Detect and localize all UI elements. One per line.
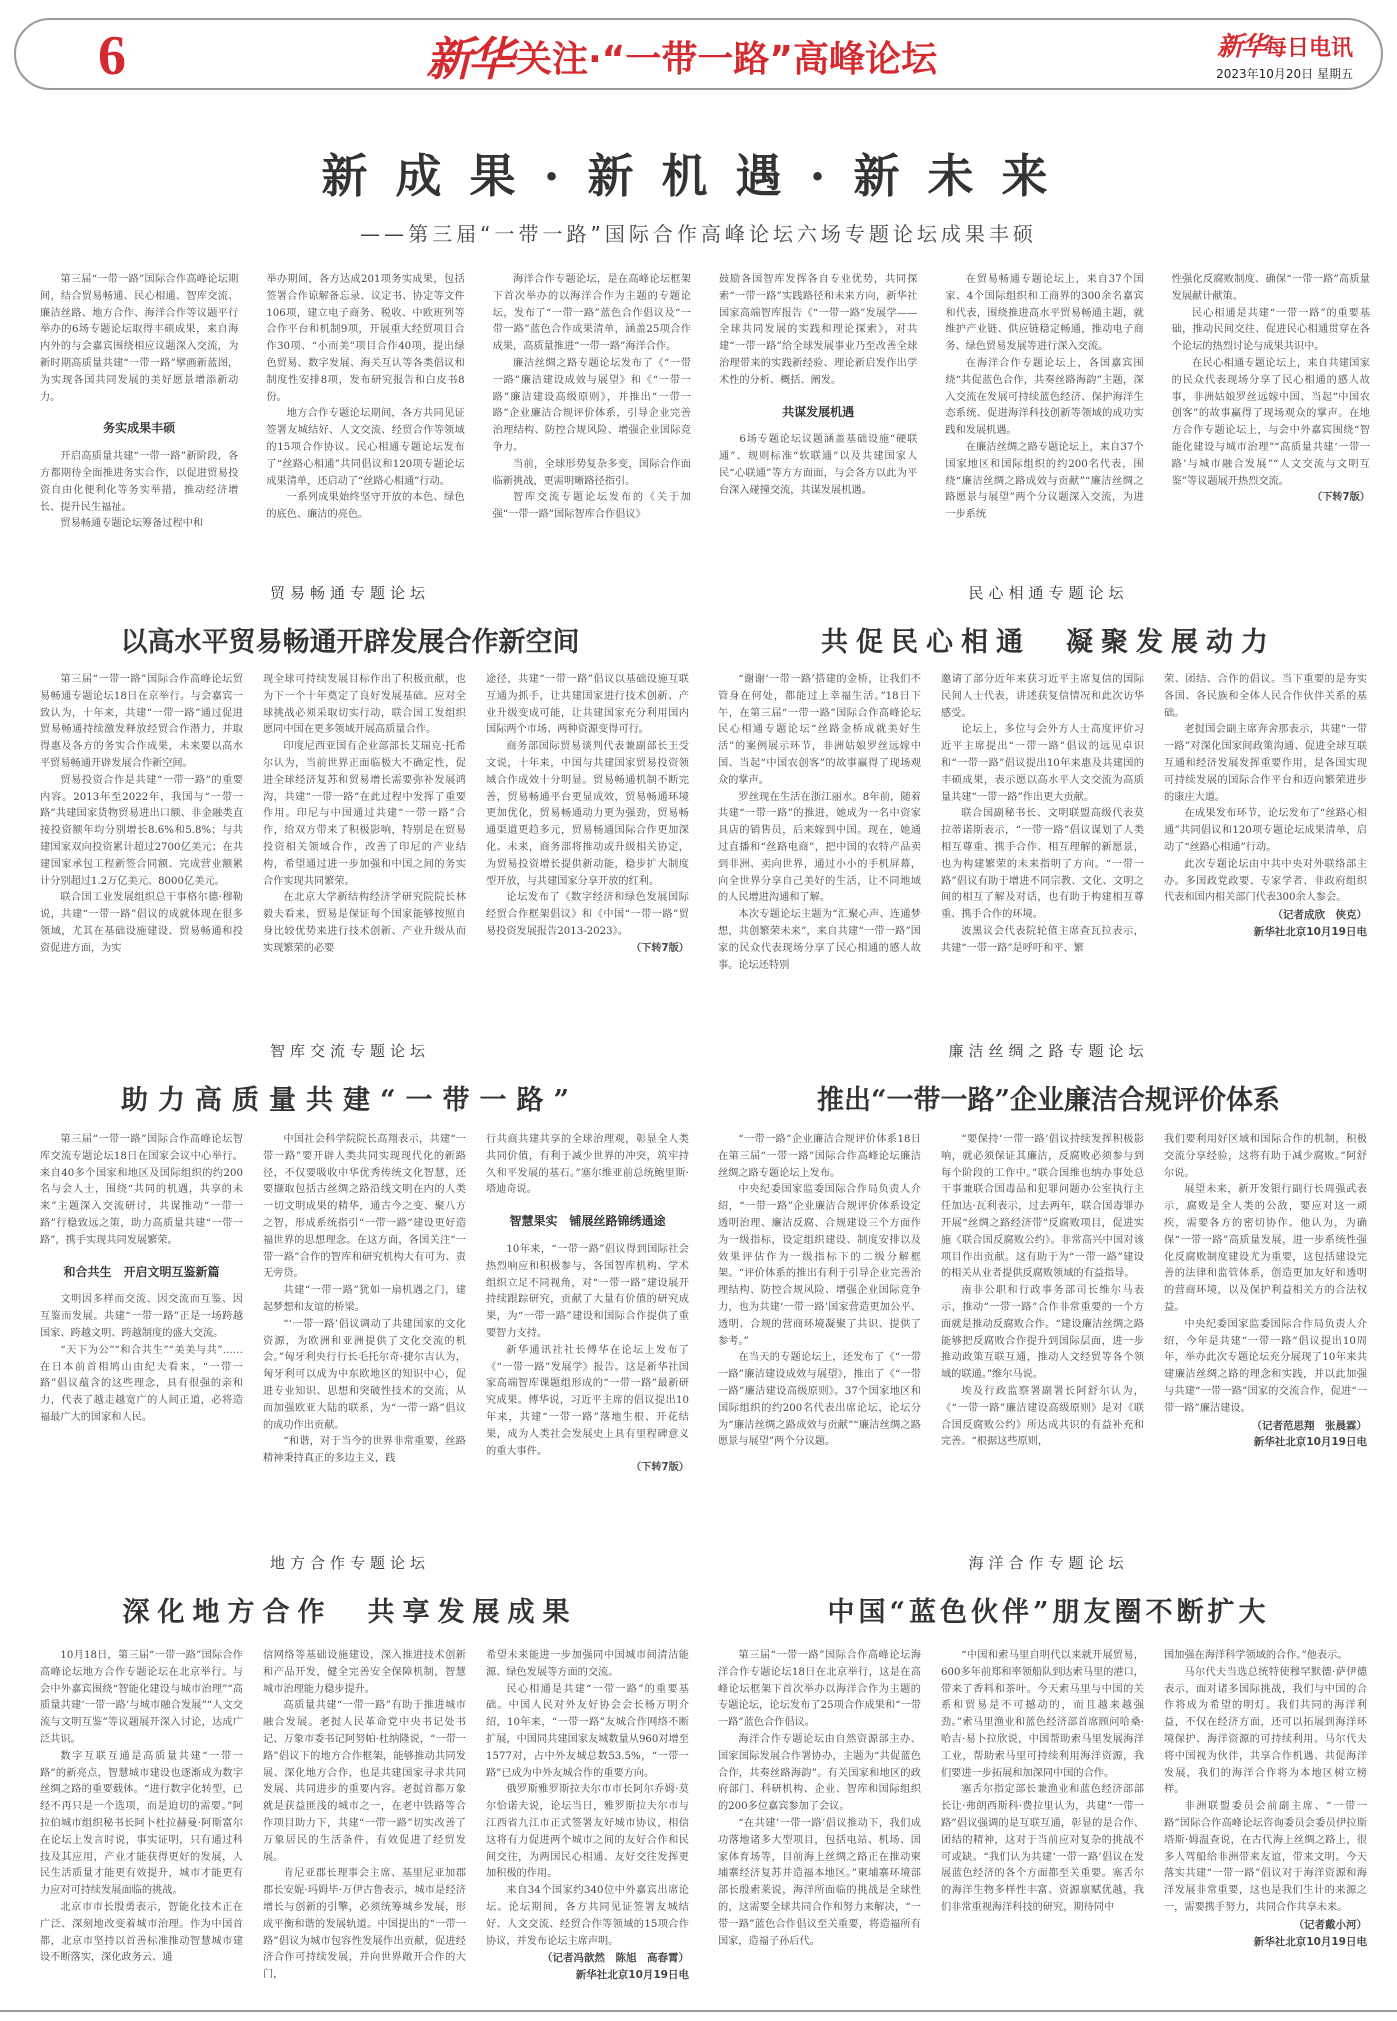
paragraph: 6场专题论坛议题涵盖基础设施“硬联通”、规则标准“软联通”以及共建国家人民“心联… (719, 432, 917, 499)
paragraph: 塞舌尔指定部长兼渔业和蓝色经济部部长让·弗朗西斯科·费拉里认为，共建“一带一路”… (941, 1782, 1144, 1916)
paragraph: 展望未来，新开发银行副行长周强武表示，腐败是全人类的公敌，要应对这一顽疾，需要各… (1164, 1182, 1367, 1316)
article-trade: 第三届“一带一路”国际合作高峰论坛贸易畅通专题论坛18日在京举行。与会嘉宾一致认… (40, 672, 690, 958)
paragraph: 文明因多样而交流、因交流而互鉴、因互鉴而发展。共建“一带一路”正是一场跨越国家、… (40, 1292, 243, 1342)
lead-col-6: 性强化反腐败制度、确保“一带一路”高质量发展献计献策。 民心相通是共建“一带一路… (1172, 272, 1370, 533)
paragraph: 10月18日，第三届“一带一路”国际合作高峰论坛地方合作专题论坛在北京举行。与会… (40, 1648, 243, 1749)
byline: （记者戴小河） (1164, 1917, 1367, 1934)
section-title-people: 共促民心相通 凝聚发展动力 (700, 620, 1397, 659)
article-col: 第三届“一带一路”国际合作高峰论坛贸易畅通专题论坛18日在京举行。与会嘉宾一致认… (40, 672, 243, 958)
article-col: 第三届“一带一路”国际合作高峰论坛智库交流专题论坛18日在国家会议中心举行。来自… (40, 1132, 243, 1477)
section-title-local: 深化地方合作 共享发展成果 (0, 1590, 700, 1629)
paragraph: 中央纪委国家监委国际合作局负责人介绍，今年是共建“一带一路”倡议提出10周年，举… (1164, 1317, 1367, 1418)
paragraph: “‘一带一路’倡议调动了共建国家的文化资源，为欧洲和亚洲提供了文化交流的机会。”… (263, 1317, 466, 1435)
page-header-banner: 6 新华 关注·“一带一路”高峰论坛 新华每日电讯 2023年10月20日 星期… (14, 18, 1383, 90)
paragraph: 途径，共建“一带一路”倡议以基础设施互联互通为抓手，让共建国家进行技术创新、产业… (486, 672, 689, 739)
lead-headline: 新成果·新机遇·新未来 (0, 140, 1397, 206)
paragraph: 在民心相通专题论坛上，来自共建国家的民众代表现场分享了民心相通的感人故事，非洲姑… (1172, 356, 1370, 490)
issue-date: 2023年10月20日 星期五 (1216, 65, 1353, 82)
article-thinktank: 第三届“一带一路”国际合作高峰论坛智库交流专题论坛18日在国家会议中心举行。来自… (40, 1132, 690, 1477)
paragraph: 在廉洁丝绸之路专题论坛上，来自37个国家地区和国际组织的约200名代表，围绕“廉… (945, 440, 1143, 524)
article-col: 行共商共建共享的全球治理观，彰显全人类共同价值，有利于减少世界的冲突，筑牢持久和… (486, 1132, 689, 1477)
byline: （记者范思翔 张晨霖） (1164, 1418, 1367, 1435)
paragraph: 共建“一带一路”犹如一扇机遇之门，建起梦想和友谊的桥梁。 (263, 1283, 466, 1317)
continued-note: （下转7版） (631, 941, 689, 958)
paragraph: 第三届“一带一路”国际合作高峰论坛智库交流专题论坛18日在国家会议中心举行。来自… (40, 1132, 243, 1250)
banner-title-text: 关注·“一带一路”高峰论坛 (516, 31, 937, 82)
paragraph: “中国和索马里自明代以来就开展贸易，600多年前郑和率领船队到达索马里的港口，带… (941, 1648, 1144, 1782)
article-col: 中国社会科学院院长高翔表示，共建“一带一路”要开辟人类共同实现现代化的新路径，不… (263, 1132, 466, 1477)
masthead-name: 新华每日电讯 (1216, 26, 1353, 63)
paragraph: 民心相通是共建“一带一路”的重要基础，推动民间交往、促进民心相通贯穿在各个论坛的… (1172, 306, 1370, 356)
paragraph: 在成果发布环节，论坛发布了“丝路心相通”共同倡议和120项专题论坛成果清单，启动… (1164, 806, 1367, 856)
section-title-clean: 推出“一带一路”企业廉洁合规评价体系 (700, 1078, 1397, 1117)
lead-subheadline: ——第三届“一带一路”国际合作高峰论坛六场专题论坛成果丰硕 (0, 218, 1397, 247)
paragraph: 廉洁丝绸之路专题论坛发布了《“一带一路”廉洁建设成效与展望》和《“一带一路”廉洁… (493, 356, 691, 457)
paragraph: 波黑议会代表院轮值主席查瓦拉表示，共建“一带一路”是呼吁和平、繁 (941, 924, 1144, 958)
article-clean: “一带一路”企业廉洁合规评价体系18日在第三届“一带一路”国际合作高峰论坛廉洁丝… (718, 1132, 1368, 1451)
paragraph: 智库交流专题论坛发布的《关于加强“一带一路”国际智库合作倡议》 (493, 490, 691, 524)
byline: （记者冯歆然 陈旭 高春霄） (486, 1950, 689, 1967)
paragraph: 贸易畅通专题论坛筹备过程中和 (40, 516, 238, 533)
paragraph: 10年来，“一带一路”倡议得到国际社会热烈响应和积极参与，各国智库机构、学术组织… (486, 1242, 689, 1343)
paragraph: 邀请了部分近年来获习近平主席复信的国际民间人士代表，讲述获复信情况和此次访华感受… (941, 672, 1144, 722)
paragraph: 海洋合作专题论坛，是在高峰论坛框架下首次举办的以海洋合作为主题的专题论坛，发布了… (493, 272, 691, 356)
paragraph: 第三届“一带一路”国际合作高峰论坛海洋合作专题论坛18日在北京举行，这是在高峰论… (718, 1648, 921, 1732)
article-col: 现全球可持续发展目标作出了积极贡献，也为下一个十年奠定了良好发展基础。应对全球挑… (263, 672, 466, 958)
paragraph: 埃及行政监察署副署长阿舒尔认为，《“一带一路”廉洁建设高级原则》是对《联合国反腐… (941, 1384, 1144, 1451)
section-kicker-people: 民心相通专题论坛 (700, 582, 1397, 603)
masthead: 新华每日电讯 2023年10月20日 星期五 (1216, 26, 1353, 82)
paragraph: 举办期间，各方达成201项务实成果，包括签署合作谅解备忘录、议定书、协定等文件1… (266, 272, 464, 406)
continued-note: （下转7版） (1312, 490, 1370, 507)
paragraph: 在海洋合作专题论坛上，各国嘉宾围绕“共促蓝色合作，共奏丝路海韵”主题，深入交流在… (945, 356, 1143, 440)
article-col: 邀请了部分近年来获习近平主席复信的国际民间人士代表，讲述获复信情况和此次访华感受… (941, 672, 1144, 974)
xinhua-logo: 新华 (426, 23, 510, 89)
article-local: 10月18日，第三届“一带一路”国际合作高峰论坛地方合作专题论坛在北京举行。与会… (40, 1648, 690, 1984)
article-people: “谢谢‘一带一路’搭建的金桥，让我们不管身在何处，都能过上幸福生活。”18日下午… (718, 672, 1368, 974)
paragraph: 数字互联互通是高质量共建“一带一路”的新亮点，智慧城市建设也逐渐成为数字丝绸之路… (40, 1749, 243, 1900)
article-col: “要保持‘一带一路’倡议持续发挥积极影响，就必须保证其廉洁，反腐败必须参与到每个… (941, 1132, 1144, 1451)
paragraph: 论坛上，多位与会外方人士高度评价习近平主席提出“一带一路”倡议的远见卓识和“一带… (941, 722, 1144, 806)
paragraph: 本次专题论坛主题为“汇聚心声、连通梦想，共创繁荣未来”，来自共建“一带一路”国家… (718, 907, 921, 974)
paragraph: 肯尼亚郡长理事会主席、基里尼亚加郡郡长安妮·玛姆毕·万伊古鲁表示，城市是经济增长… (263, 1866, 466, 1984)
lead-col-2: 举办期间，各方达成201项务实成果，包括签署合作谅解备忘录、议定书、协定等文件1… (266, 272, 464, 533)
paragraph: “和谐，对于当今的世界非常重要，丝路精神秉持真正的多边主义，践 (263, 1434, 466, 1468)
paragraph: 在贸易畅通专题论坛上，来自37个国家、4个国际组织和工商界的300余名嘉宾和代表… (945, 272, 1143, 356)
paragraph: 第三届“一带一路”国际合作高峰论坛期间，结合贸易畅通、民心相通、智库交流、廉洁丝… (40, 272, 238, 406)
lead-article: 第三届“一带一路”国际合作高峰论坛期间，结合贸易畅通、民心相通、智库交流、廉洁丝… (40, 272, 1370, 533)
paragraph: 中央纪委国家监委国际合作局负责人介绍，“一带一路”企业廉洁合规评价体系设定透明治… (718, 1182, 921, 1350)
article-col: 希望未来能进一步加强同中国城市间清洁能源、绿色发展等方面的交流。 民心相通是共建… (486, 1648, 689, 1984)
lead-col-5: 在贸易畅通专题论坛上，来自37个国家、4个国际组织和工商界的300余名嘉宾和代表… (945, 272, 1143, 533)
paragraph: 此次专题论坛由中共中央对外联络部主办。多国政党政要、专家学者、非政府组织代表和国… (1164, 857, 1367, 907)
article-ocean: 第三届“一带一路”国际合作高峰论坛海洋合作专题论坛18日在北京举行，这是在高峰论… (718, 1648, 1368, 1950)
paragraph: 老挝国会副主席奔舍那表示，共建“一带一路”对深化国家间政策沟通、促进全球互联互通… (1164, 722, 1367, 806)
article-col: 国加强在海洋科学领域的合作。”他表示。 马尔代夫当选总统特使穆罕默德·萨伊德表示… (1164, 1648, 1367, 1950)
paragraph: 第三届“一带一路”国际合作高峰论坛贸易畅通专题论坛18日在京举行。与会嘉宾一致认… (40, 672, 243, 773)
paragraph: “要保持‘一带一路’倡议持续发挥积极影响，就必须保证其廉洁，反腐败必须参与到每个… (941, 1132, 1144, 1283)
paragraph: “天下为公”“和合共生”“美美与共”……在日本前首相鸠山由纪夫看来，“一带一路”… (40, 1343, 243, 1427)
paragraph: 联合国副秘书长、文明联盟高级代表莫拉蒂诺斯表示，“一带一路”倡议谋划了人类相互尊… (941, 806, 1144, 924)
paragraph: 在当天的专题论坛上，还发布了《“一带一路”廉洁建设成效与展望》，推出了《“一带一… (718, 1350, 921, 1451)
lead-subhead-1: 务实成果丰硕 (40, 420, 238, 437)
paragraph: 非洲联盟委员会前副主席、“一带一路”国际合作高峰论坛咨询委员会委员伊拉斯塔斯·姆… (1164, 1799, 1367, 1917)
article-col: 信网络等基础设施建设，深入推进技术创新和产品开发，健全完善安全保障机制，智慧城市… (263, 1648, 466, 1984)
continued-note: （下转7版） (631, 1460, 689, 1477)
paragraph: 行共商共建共享的全球治理观，彰显全人类共同价值，有利于减少世界的冲突，筑牢持久和… (486, 1132, 689, 1199)
section-kicker-trade: 贸易畅通专题论坛 (0, 582, 700, 603)
article-col: 途径，共建“一带一路”倡议以基础设施互联互通为抓手，让共建国家进行技术创新、产业… (486, 672, 689, 958)
section-banner-title: 新华 关注·“一带一路”高峰论坛 (426, 26, 937, 86)
article-col: “中国和索马里自明代以来就开展贸易，600多年前郑和率领船队到达索马里的港口，带… (941, 1648, 1144, 1950)
masthead-title: 每日电讯 (1265, 35, 1353, 61)
lead-subhead-2: 共谋发展机遇 (719, 404, 917, 421)
paragraph: 新华通讯社社长傅华在论坛上发布了《“一带一路”发展学》报告。这是新华社国家高端智… (486, 1343, 689, 1461)
section-kicker-ocean: 海洋合作专题论坛 (700, 1552, 1397, 1573)
lead-col-4: 鼓励各国智库发挥各自专业优势，共同探索“一带一路”实践路径和未来方向，新华社国家… (719, 272, 917, 533)
paragraph: 希望未来能进一步加强同中国城市间清洁能源、绿色发展等方面的交流。 (486, 1648, 689, 1682)
paragraph: 性强化反腐败制度、确保“一带一路”高质量发展献计献策。 (1172, 272, 1370, 306)
paragraph: “一带一路”企业廉洁合规评价体系18日在第三届“一带一路”国际合作高峰论坛廉洁丝… (718, 1132, 921, 1182)
article-subhead: 智慧果实 铺展丝路锦绣通途 (486, 1213, 689, 1230)
bottom-divider (0, 2010, 1397, 2012)
paragraph: 北京市市长殷勇表示，智能化技术正在广泛、深刻地改变着城市治理。作为中国首都，北京… (40, 1900, 243, 1967)
section-title-ocean: 中国“蓝色伙伴”朋友圈不断扩大 (700, 1590, 1397, 1629)
paragraph: 印度尼西亚国有企业部部长艾瑞克·托希尔认为，当前世界正面临极大不确定性，促进全球… (263, 739, 466, 890)
article-col: “谢谢‘一带一路’搭建的金桥，让我们不管身在何处，都能过上幸福生活。”18日下午… (718, 672, 921, 974)
paragraph: 鼓励各国智库发挥各自专业优势，共同探索“一带一路”实践路径和未来方向，新华社国家… (719, 272, 917, 390)
paragraph: 民心相通是共建“一带一路”的重要基础。中国人民对外友好协会会长杨万明介绍，10年… (486, 1682, 689, 1783)
lead-col-1: 第三届“一带一路”国际合作高峰论坛期间，结合贸易畅通、民心相通、智库交流、廉洁丝… (40, 272, 238, 533)
masthead-logo: 新华 (1217, 32, 1265, 62)
paragraph: 中国社会科学院院长高翔表示，共建“一带一路”要开辟人类共同实现现代化的新路径，不… (263, 1132, 466, 1283)
section-kicker-clean: 廉洁丝绸之路专题论坛 (700, 1040, 1397, 1061)
byline: （记者成欣 侠克） (1164, 907, 1367, 924)
paragraph: “在共建‘一带一路’倡议推动下，我们成功落地诸多大型项目，包括电站、机场、国家体… (718, 1816, 921, 1950)
paragraph: 一系列成果始终坚守开放的本色、绿色的底色、廉洁的亮色。 (266, 490, 464, 524)
paragraph: 马尔代夫当选总统特使穆罕默德·萨伊德表示，面对诸多国际挑战，我们与中国的合作将成… (1164, 1665, 1367, 1799)
paragraph: 荣、团结、合作的倡议。当下重要的是夯实各国、各民族和全体人民合作伙伴关系的基础。 (1164, 672, 1367, 722)
paragraph: 信网络等基础设施建设，深入推进技术创新和产品开发，健全完善安全保障机制，智慧城市… (263, 1648, 466, 1698)
dateline: 新华社北京10月19日电 (1164, 1934, 1367, 1951)
paragraph: 来自34个国家约340位中外嘉宾出席论坛。论坛期间，各方共同见证签署友城结好、人… (486, 1883, 689, 1950)
paragraph: 地方合作专题论坛期间，各方共同见证签署友城结好、人文交流、经贸合作等领域的15项… (266, 406, 464, 490)
article-subhead: 和合共生 开启文明互鉴新篇 (40, 1264, 243, 1281)
article-col: 10月18日，第三届“一带一路”国际合作高峰论坛地方合作专题论坛在北京举行。与会… (40, 1648, 243, 1984)
section-title-trade: 以高水平贸易畅通开辟发展合作新空间 (0, 620, 700, 659)
article-col: 第三届“一带一路”国际合作高峰论坛海洋合作专题论坛18日在北京举行，这是在高峰论… (718, 1648, 921, 1950)
section-kicker-local: 地方合作专题论坛 (0, 1552, 700, 1573)
paragraph: 国加强在海洋科学领域的合作。”他表示。 (1164, 1648, 1367, 1665)
paragraph: 高质量共建“一带一路”有助于推进城市融合发展。老挝人民革命党中央书记处书记、万象… (263, 1698, 466, 1866)
section-kicker-thinktank: 智库交流专题论坛 (0, 1040, 700, 1061)
paragraph: 俄罗斯雅罗斯拉夫尔市市长阿尔乔姆·莫尔恰诺夫说，论坛当日，雅罗斯拉夫尔市与江西省… (486, 1782, 689, 1883)
paragraph: “谢谢‘一带一路’搭建的金桥，让我们不管身在何处，都能过上幸福生活。”18日下午… (718, 672, 921, 790)
paragraph: 在北京大学新结构经济学研究院院长林毅夫看来，贸易是保证每个国家能够按照自身比较优… (263, 890, 466, 957)
paragraph: 贸易投资合作是共建“一带一路”的重要内容。2013年至2022年，我国与“一带一… (40, 773, 243, 891)
paragraph: 罗丝现在生活在浙江丽水。8年前，随着共建“一带一路”的推进，她成为一名中资家具店… (718, 790, 921, 908)
dateline: 新华社北京10月19日电 (486, 1967, 689, 1984)
paragraph: 现全球可持续发展目标作出了积极贡献，也为下一个十年奠定了良好发展基础。应对全球挑… (263, 672, 466, 739)
paragraph: 联合国工业发展组织总干事格尔德·穆勒说，共建“一带一路”倡议的成就体现在很多领域… (40, 890, 243, 957)
paragraph: 海洋合作专题论坛由自然资源部主办、国家国际发展合作署协办，主题为“共促蓝色合作，… (718, 1732, 921, 1816)
dateline: 新华社北京10月19日电 (1164, 1434, 1367, 1451)
paragraph: 论坛发布了《数字经济和绿色发展国际经贸合作框架倡议》和《中国“一带一路”贸易投资… (486, 890, 689, 940)
dateline: 新华社北京10月19日电 (1164, 924, 1367, 941)
article-col: 我们要利用好区域和国际合作的机制，积极交流分享经验，这将有助于减少腐败。”阿舒尔… (1164, 1132, 1367, 1451)
lead-col-3: 海洋合作专题论坛，是在高峰论坛框架下首次举办的以海洋合作为主题的专题论坛，发布了… (493, 272, 691, 533)
article-col: 荣、团结、合作的倡议。当下重要的是夯实各国、各民族和全体人民合作伙伴关系的基础。… (1164, 672, 1367, 974)
section-title-thinktank: 助力高质量共建“一带一路” (0, 1078, 700, 1117)
page-number: 6 (98, 24, 126, 88)
paragraph: 南非公职和行政事务部司长维尔马表示，推动“一带一路”合作非常重要的一个方面就是推… (941, 1283, 1144, 1384)
paragraph: 开启高质量共建“一带一路”新阶段，各方都期待全面推进务实合作，以促进贸易投资自由… (40, 449, 238, 516)
paragraph: 商务部国际贸易谈判代表兼副部长王受文说，十年来，中国与共建国家贸易投资领域合作成… (486, 739, 689, 890)
paragraph: 当前，全球形势复杂多变，国际合作面临新挑战，更需明晰路径指引。 (493, 457, 691, 491)
paragraph: 我们要利用好区域和国际合作的机制，积极交流分享经验，这将有助于减少腐败。”阿舒尔… (1164, 1132, 1367, 1182)
article-col: “一带一路”企业廉洁合规评价体系18日在第三届“一带一路”国际合作高峰论坛廉洁丝… (718, 1132, 921, 1451)
